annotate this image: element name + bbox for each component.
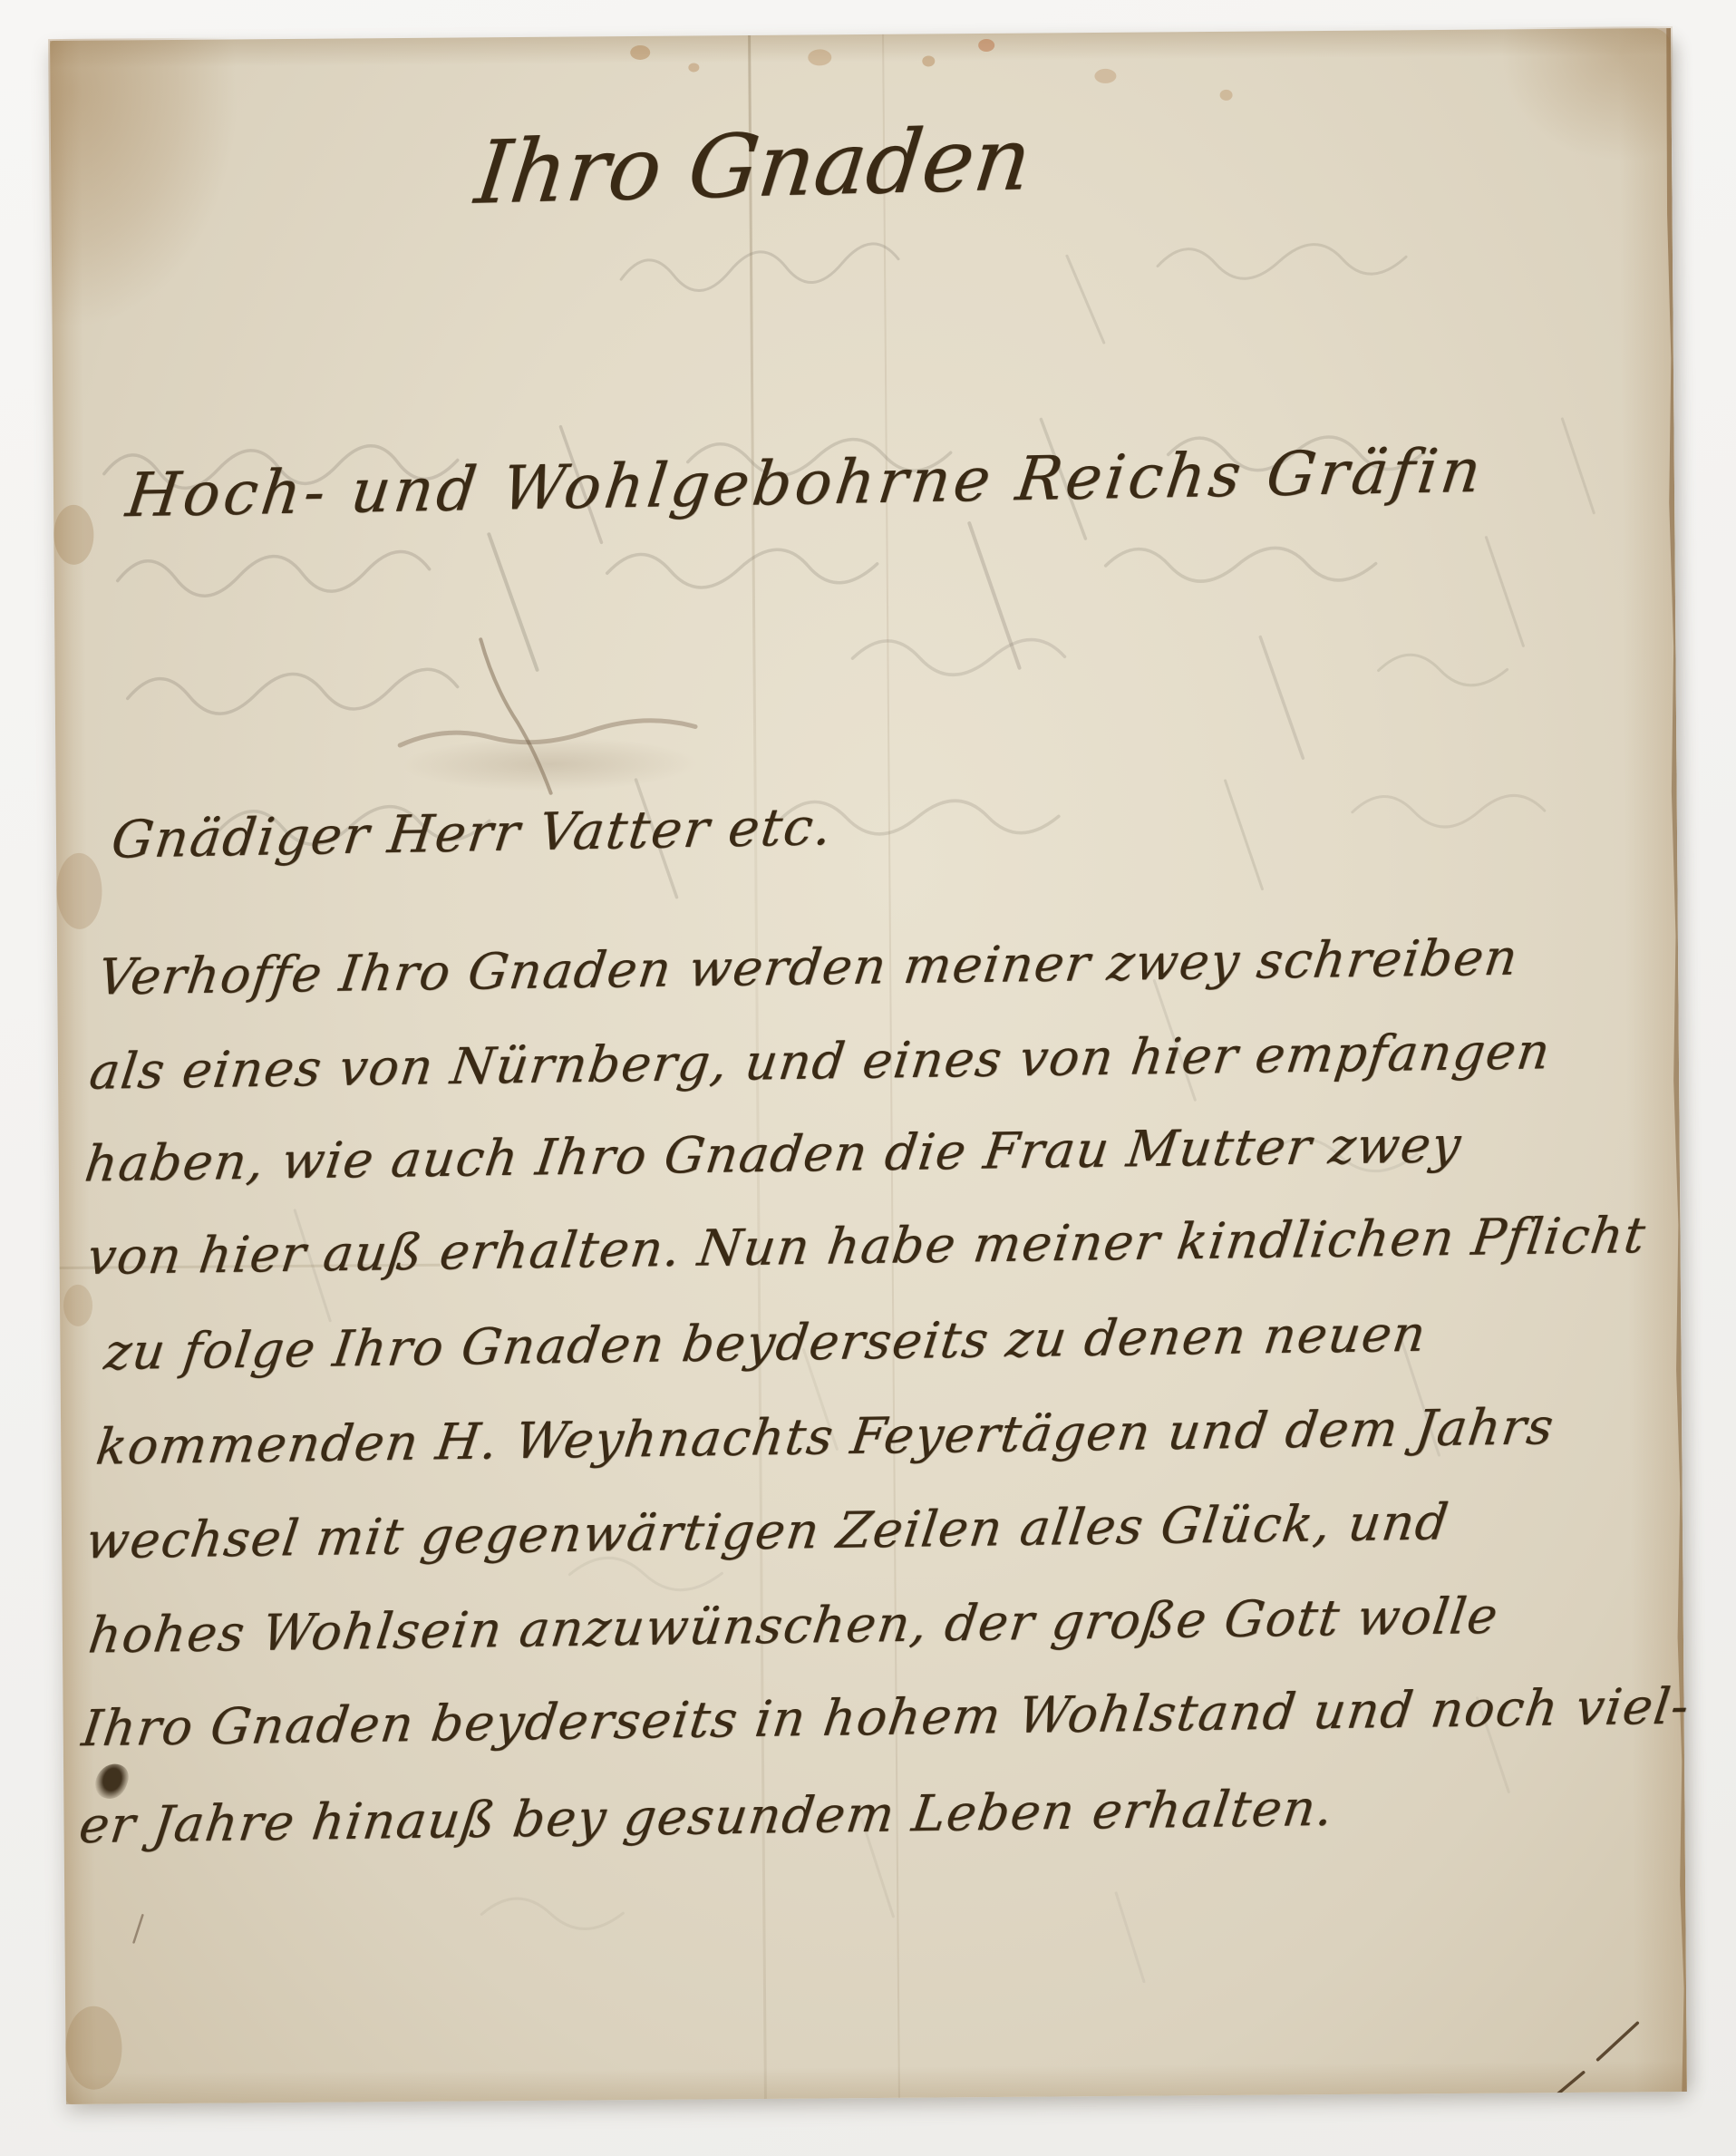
scanned-letter-image: Ihro Gnaden Hoch- und Wohlgebohrne Reich… [0,0,1736,2156]
pen-slash-mark [1552,2023,1638,2098]
letter-page: Ihro Gnaden Hoch- und Wohlgebohrne Reich… [50,28,1687,2104]
small-pen-mark [133,1915,142,1942]
letter-heading: Ihro Gnaden [470,108,1036,224]
